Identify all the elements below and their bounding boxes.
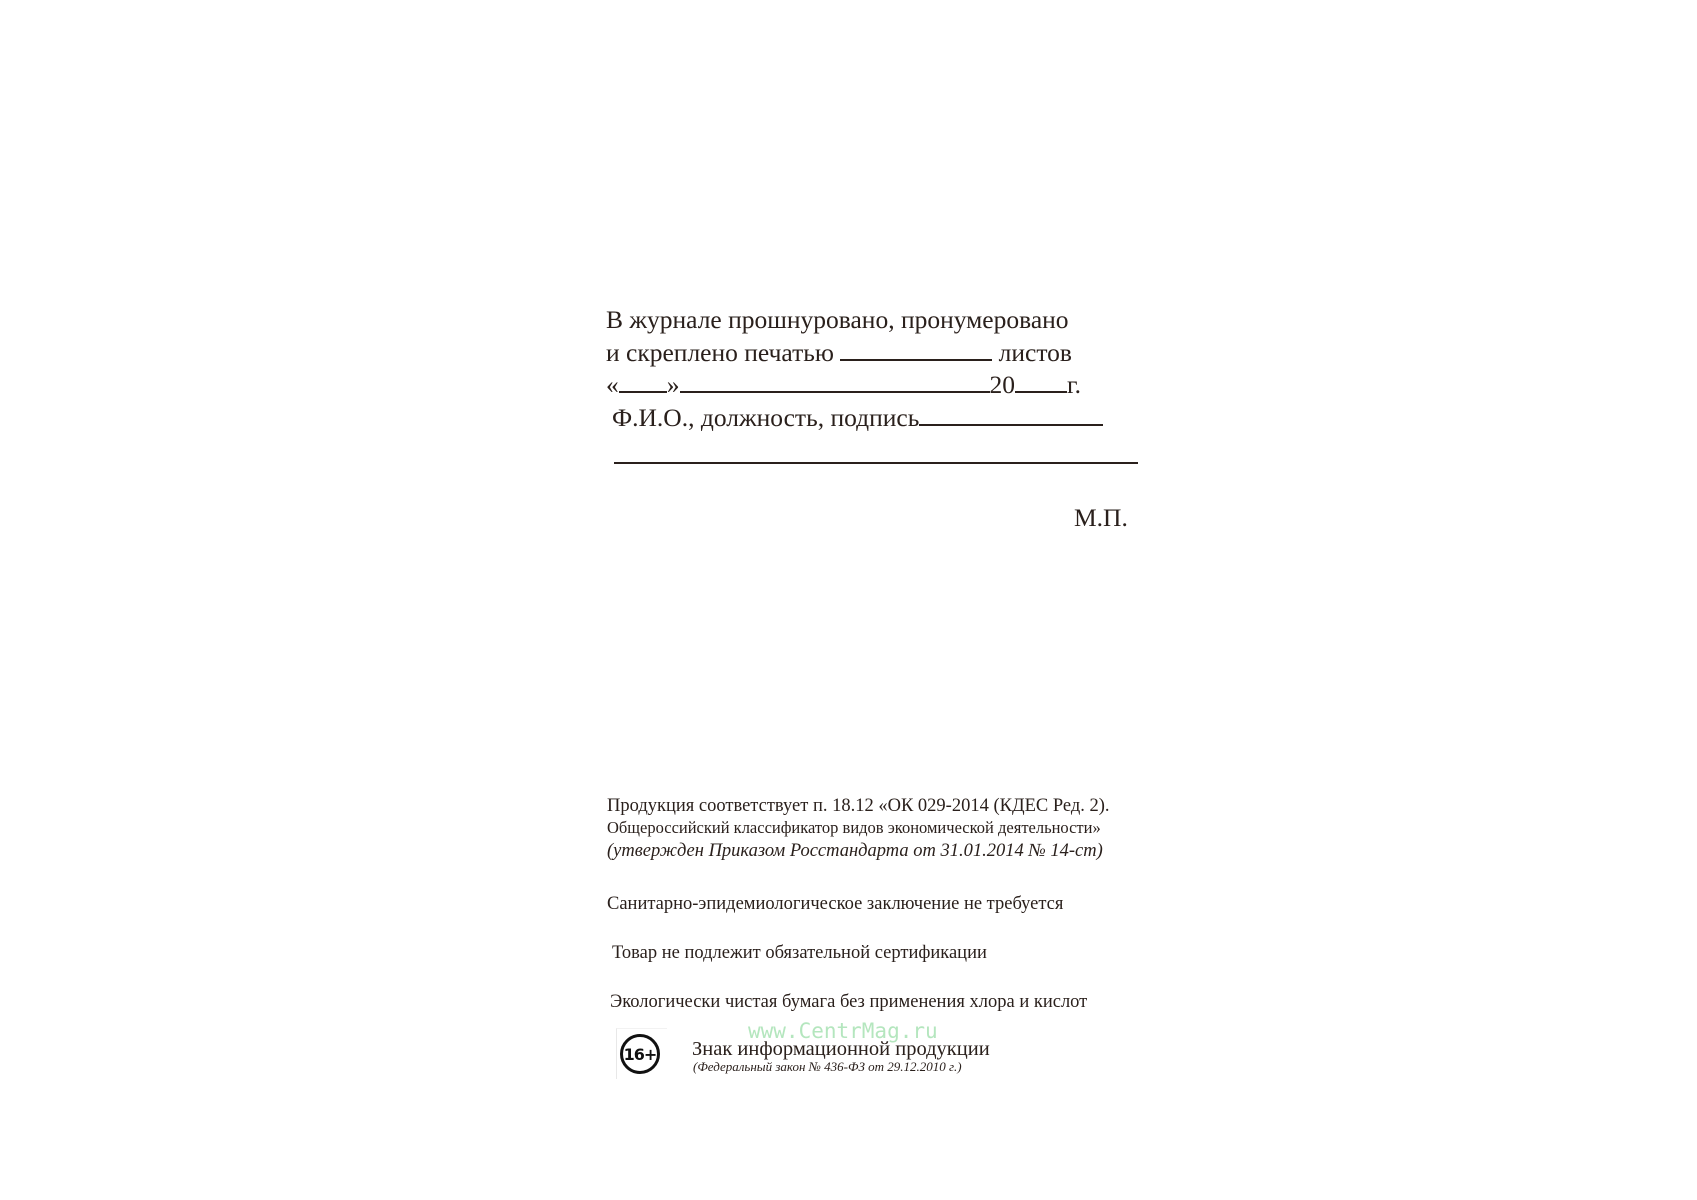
classification-line-1: Продукция соответствует п. 18.12 «ОК 029…: [607, 795, 1167, 817]
open-quote: «: [606, 370, 619, 399]
month-blank: [680, 369, 990, 393]
stamp-label: М.П.: [1074, 502, 1128, 534]
year-prefix: 20: [990, 370, 1016, 399]
cert-line-2: и скреплено печатью листов: [606, 337, 1146, 370]
day-blank: [619, 369, 667, 393]
classification-line-2: Общероссийский классификатор видов эконо…: [607, 817, 1167, 839]
cert-line-1-text: В журнале прошнуровано, пронумеровано: [606, 305, 1069, 334]
document-page: В журнале прошнуровано, пронумеровано и …: [0, 0, 1697, 1200]
classification-line-3: (утвержден Приказом Росстандарта от 31.0…: [607, 839, 1167, 863]
cert-line-2-prefix: и скреплено печатью: [606, 338, 834, 367]
age-16-plus-icon: 16+: [620, 1034, 660, 1074]
age-rating-badge: 16+: [616, 1028, 667, 1079]
close-quote: »: [667, 370, 680, 399]
certification-note: Товар не подлежит обязательной сертифика…: [612, 942, 987, 964]
cert-line-1: В журнале прошнуровано, пронумеровано: [606, 304, 1146, 337]
cert-line-3-date: «»20г.: [606, 369, 1146, 402]
classification-block: Продукция соответствует п. 18.12 «ОК 029…: [607, 795, 1167, 863]
age-rating-label: 16+: [624, 1045, 657, 1064]
signature-continuation-line: [614, 462, 1138, 464]
signature-blank: [919, 402, 1103, 426]
cert-line-4: Ф.И.О., должность, подпись: [606, 402, 1146, 435]
info-product-sign-title: Знак информационной продукции: [692, 1037, 990, 1061]
certification-block: В журнале прошнуровано, пронумеровано и …: [606, 304, 1146, 434]
eco-paper-note: Экологически чистая бумага без применени…: [610, 991, 1087, 1013]
sheet-count-blank: [840, 337, 992, 361]
year-suffix: г.: [1067, 370, 1081, 399]
cert-line-2-suffix: листов: [999, 338, 1072, 367]
federal-law-reference: (Федеральный закон № 436-ФЗ от 29.12.201…: [693, 1059, 962, 1075]
sanitary-note: Санитарно-эпидемиологическое заключение …: [607, 893, 1063, 915]
signature-label: Ф.И.О., должность, подпись: [612, 403, 919, 432]
year-blank: [1015, 369, 1067, 393]
